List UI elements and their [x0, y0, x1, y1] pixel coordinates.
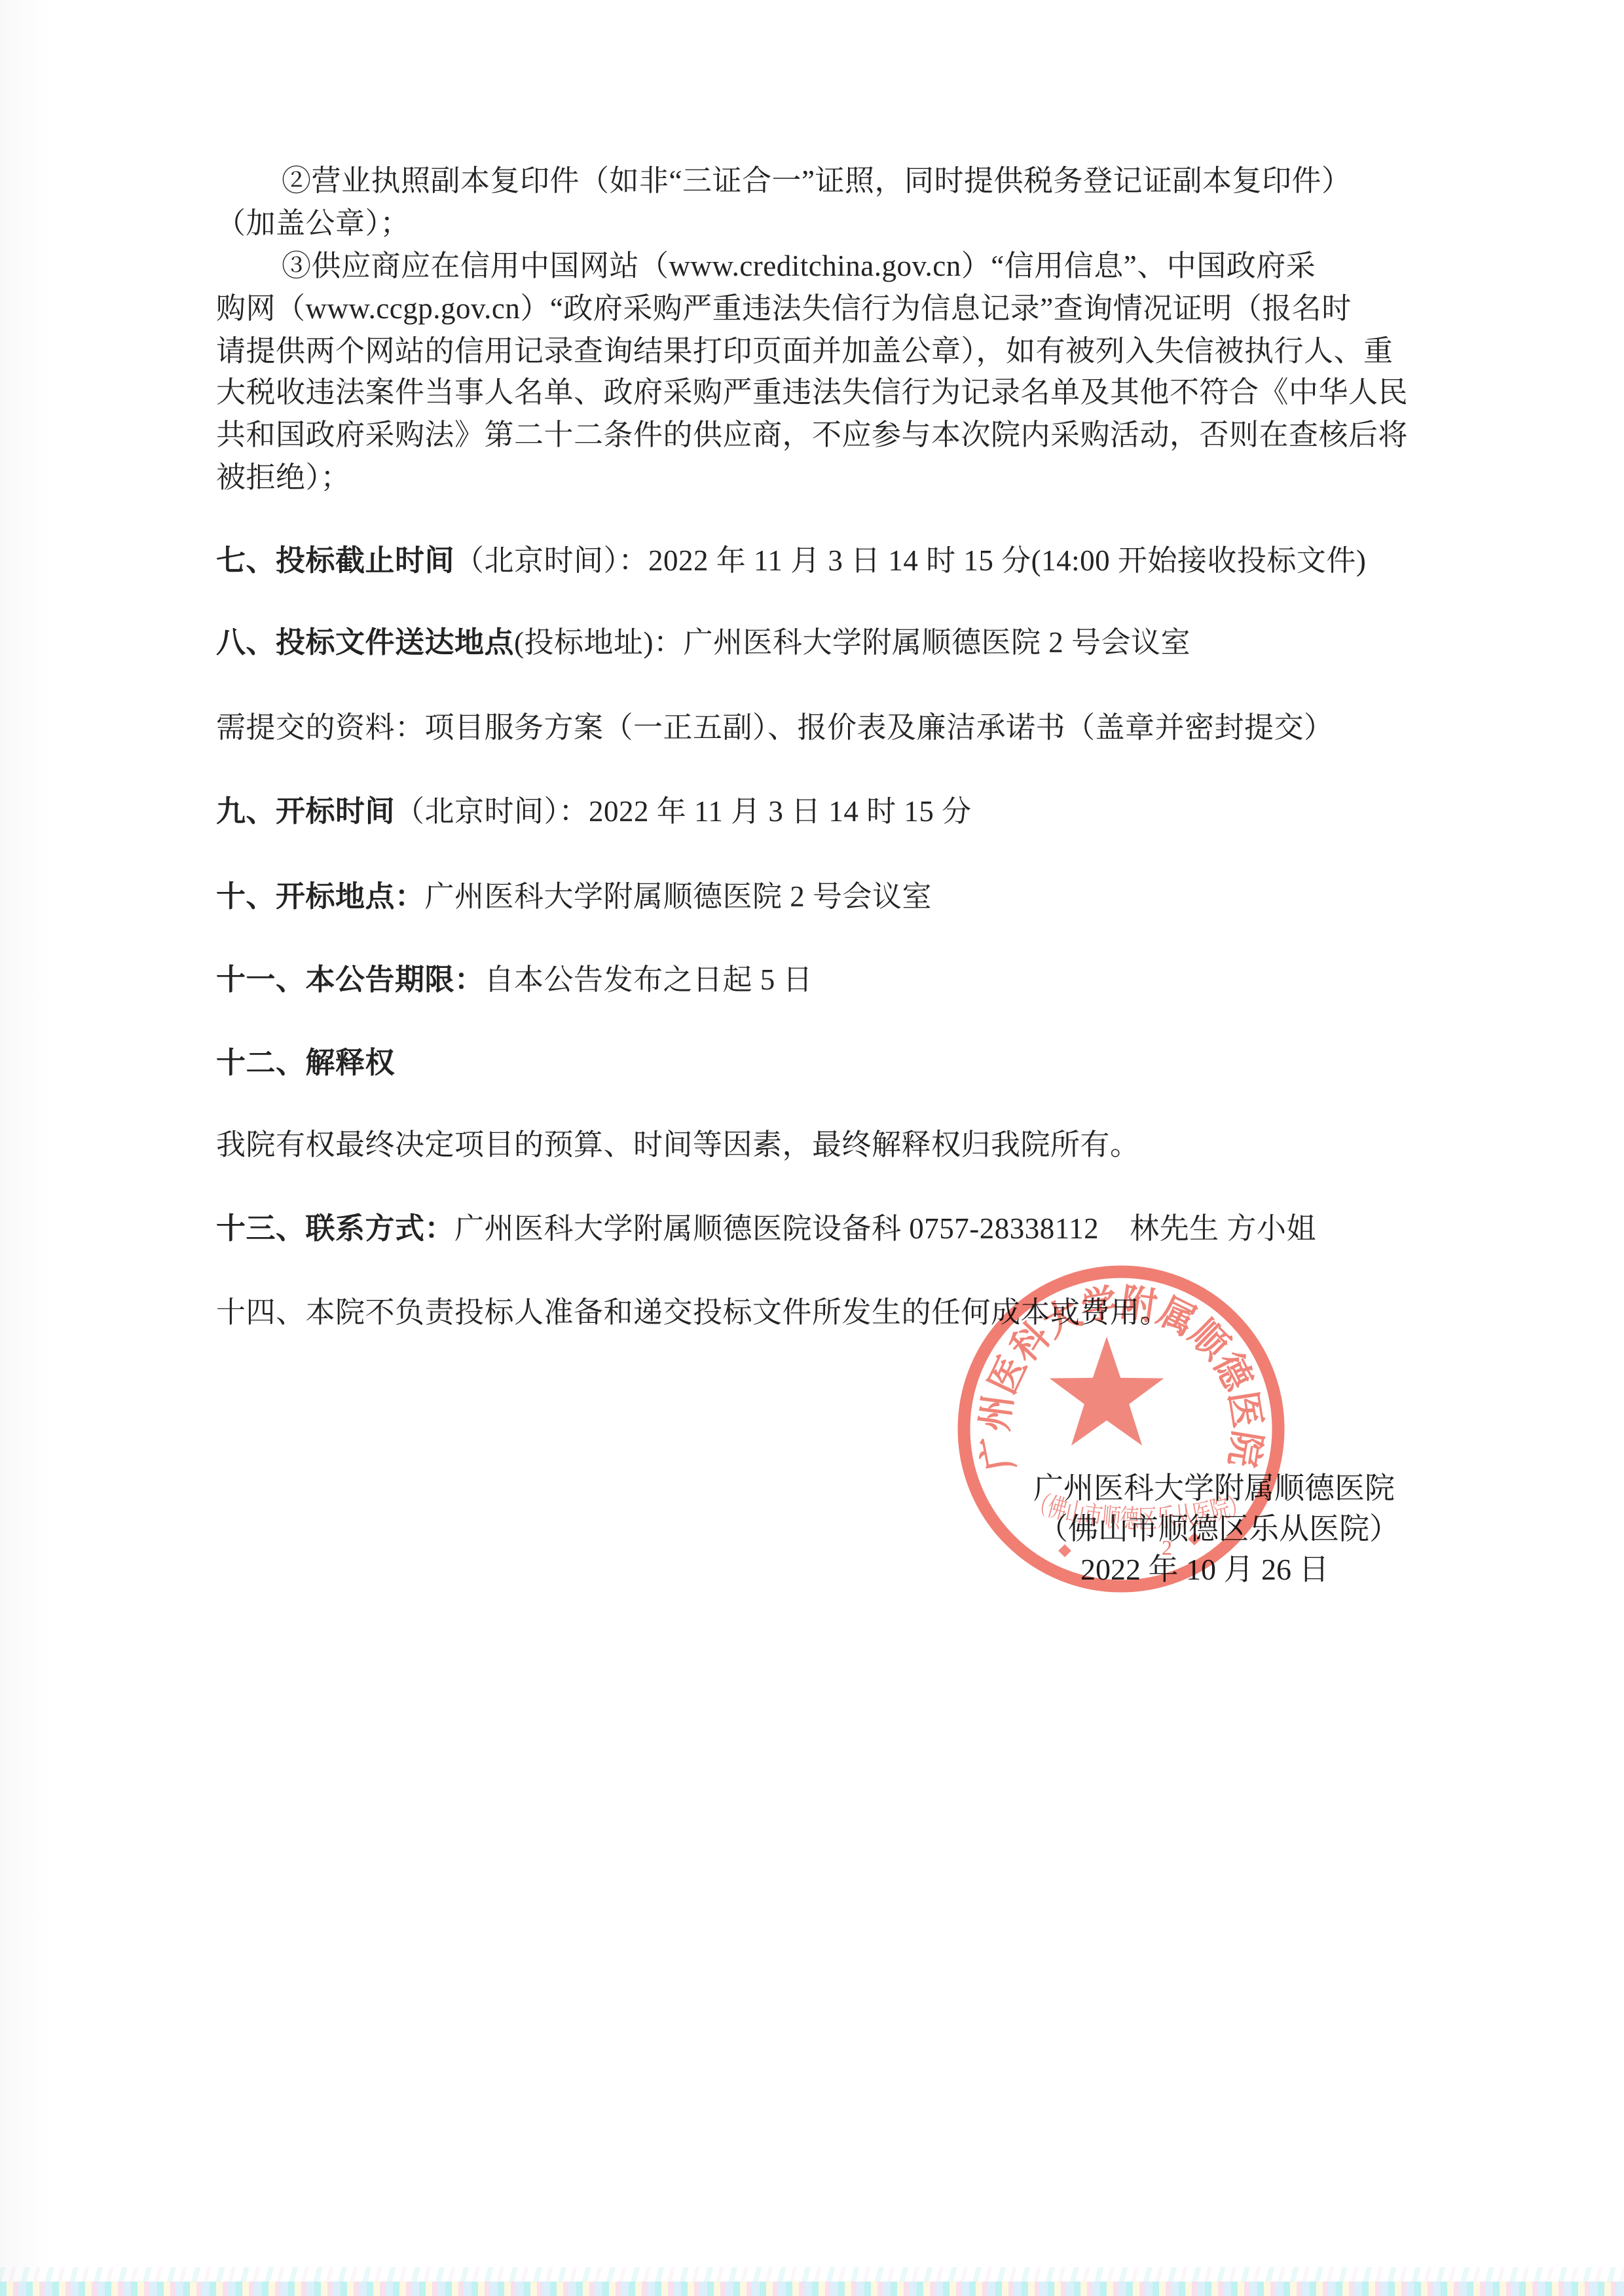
clause3-line4: 大税收违法案件当事人名单、政府采购严重违法失信行为记录名单及其他不符合《中华人民	[216, 375, 1408, 409]
submit-materials-note: 需提交的资料：项目服务方案（一正五副）、报价表及廉洁承诺书（盖章并密封提交）	[216, 711, 1334, 745]
section-13-text: 广州医科大学附属顺德医院设备科 0757-28338112 林先生 方小姐	[454, 1212, 1316, 1245]
clause2-line2: （加盖公章）；	[216, 206, 410, 240]
signoff-hospital-altname: （佛山市顺德区乐从医院）	[1038, 1511, 1399, 1547]
section-8-label: 八、投标文件送达地点	[216, 626, 514, 659]
section-11-label: 十一、本公告期限：	[216, 963, 485, 996]
section-10-label: 十、开标地点：	[216, 880, 425, 913]
clause3-line1: ③供应商应在信用中国网站（www.creditchina.gov.cn）“信用信…	[282, 249, 1316, 283]
scanned-document-page: ②营业执照副本复印件（如非“三证合一”证照，同时提供税务登记证副本复印件） （加…	[0, 0, 1624, 2296]
section-9-label: 九、开标时间	[216, 795, 395, 828]
clause3-line5: 共和国政府采购法》第二十二条件的供应商，不应参与本次院内采购活动，否则在查核后将	[216, 418, 1408, 452]
signoff-date: 2022 年 10 月 26 日	[1080, 1552, 1329, 1587]
clause2-line1: ②营业执照副本复印件（如非“三证合一”证照，同时提供税务登记证副本复印件）	[282, 164, 1351, 198]
section-12: 十二、解释权	[216, 1046, 395, 1080]
section-10: 十、开标地点：广州医科大学附属顺德医院 2 号会议室	[216, 880, 932, 914]
signoff-hospital-name: 广州医科大学附属顺德医院	[1033, 1471, 1395, 1506]
section-8: 八、投标文件送达地点(投标地址)：广州医科大学附属顺德医院 2 号会议室	[216, 625, 1190, 659]
scan-edge-soft-pattern	[0, 2267, 1624, 2283]
section-9-text: （北京时间）：2022 年 11 月 3 日 14 时 15 分	[395, 795, 972, 828]
section-11-text: 自本公告发布之日起 5 日	[485, 963, 813, 996]
section-8-text: (投标地址)：广州医科大学附属顺德医院 2 号会议室	[514, 626, 1190, 659]
clause3-line6: 被拒绝）；	[216, 460, 350, 494]
section-7: 七、投标截止时间（北京时间）：2022 年 11 月 3 日 14 时 15 分…	[216, 544, 1366, 578]
paper-edge-shading	[0, 0, 59, 2296]
clause3-line2: 购网（www.ccgp.gov.cn）“政府采购严重违法失信行为信息记录”查询情…	[216, 291, 1352, 325]
interpretation-note: 我院有权最终决定项目的预算、时间等因素，最终解释权归我院所有。	[216, 1128, 1140, 1162]
section-10-text: 广州医科大学附属顺德医院 2 号会议室	[425, 880, 932, 913]
section-9: 九、开标时间（北京时间）：2022 年 11 月 3 日 14 时 15 分	[216, 794, 972, 828]
section-12-label: 十二、解释权	[216, 1046, 395, 1079]
scan-edge-pattern	[0, 2282, 1624, 2296]
section-11: 十一、本公告期限：自本公告发布之日起 5 日	[216, 963, 813, 997]
section-7-label: 七、投标截止时间	[216, 544, 454, 577]
seal-star-icon	[1050, 1337, 1164, 1445]
section-13: 十三、联系方式：广州医科大学附属顺德医院设备科 0757-28338112 林先…	[216, 1212, 1316, 1246]
section-7-text: （北京时间）：2022 年 11 月 3 日 14 时 15 分(14:00 开…	[454, 544, 1366, 577]
clause3-line3: 请提供两个网站的信用记录查询结果打印页面并加盖公章），如有被列入失信被执行人、重	[216, 334, 1393, 368]
section-14: 十四、本院不负责投标人准备和递交投标文件所发生的任何成本或费用。	[216, 1295, 1170, 1329]
section-13-label: 十三、联系方式：	[216, 1212, 454, 1245]
